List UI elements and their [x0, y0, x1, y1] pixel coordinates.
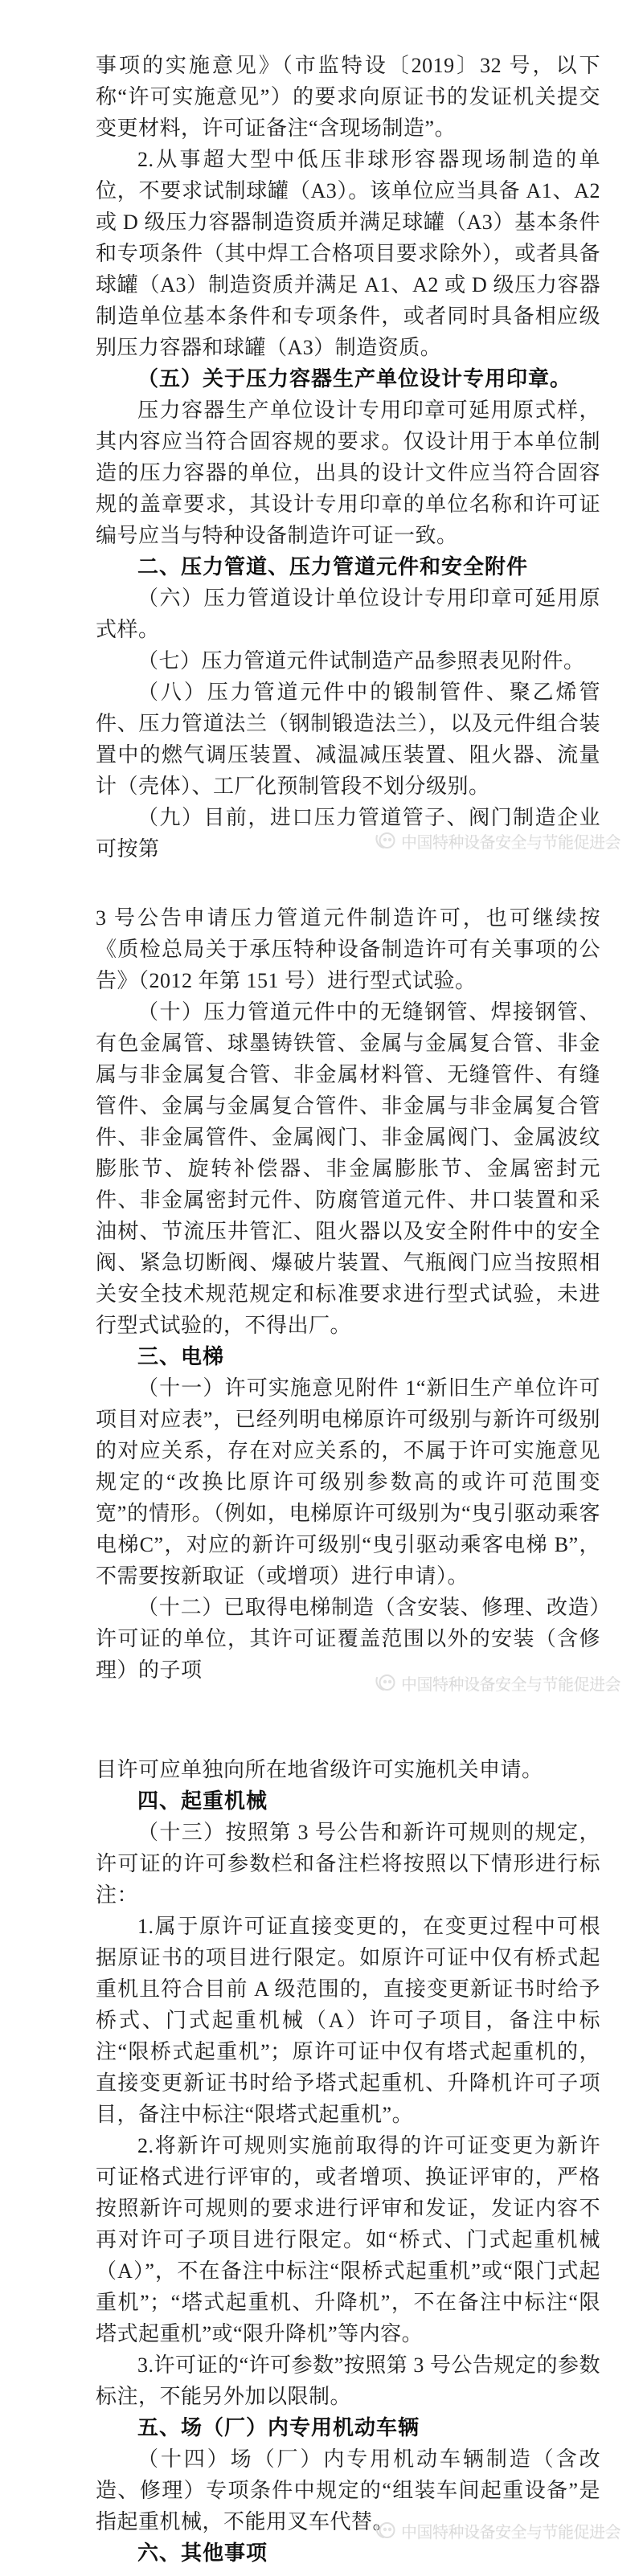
paragraph: （七）压力管道元件试制造产品参照表见附件。 — [96, 645, 600, 677]
paragraph: （八）压力管道元件中的锻制管件、聚乙烯管件、压力管道法兰（钢制锻造法兰），以及元… — [96, 677, 600, 802]
continuation-paragraph: 目许可应单独向所在地省级许可实施机关申请。 — [96, 1754, 600, 1785]
paragraph: 3.许可证的“许可参数”按照第 3 号公告规定的参数标注，不能另外加以限制。 — [96, 2349, 600, 2412]
watermark-label: 中国特种设备安全与节能促进会 — [401, 1671, 620, 1695]
continuation-paragraph: 事项的实施意见》（市监特设〔2019〕32 号，以下称“许可实施意见”）的要求向… — [96, 50, 600, 144]
watermark-label: 中国特种设备安全与节能促进会 — [401, 829, 620, 853]
page-2-text-column: 3 号公告申请压力管道元件制造许可，也可继续按《质检总局关于承压特种设备制造许可… — [96, 859, 600, 1686]
paragraph: （六）压力管道设计单位设计专用印章可延用原式样。 — [96, 583, 600, 645]
paragraph: 压力容器生产单位设计专用印章可延用原式样，其内容应当符合固容规的要求。仅设计用于… — [96, 395, 600, 551]
section-heading: （五）关于压力容器生产单位设计专用印章。 — [96, 363, 600, 395]
section-heading: 三、电梯 — [96, 1341, 600, 1372]
association-logo-icon — [375, 1672, 396, 1694]
paragraph: （十三）按照第 3 号公告和新许可规则的规定，许可证的许可参数栏和备注栏将按照以… — [96, 1817, 600, 1911]
paragraph: （十一）许可实施意见附件 1“新旧生产单位许可项目对应表”，已经列明电梯原许可级… — [96, 1372, 600, 1592]
page-3-text-column: 目许可应单独向所在地省级许可实施机关申请。 四、起重机械 （十三）按照第 3 号… — [96, 1717, 600, 2569]
paragraph: 2.将新许可规则实施前取得的许可证变更为新许可证格式进行评审的，或者增项、换证评… — [96, 2130, 600, 2349]
document-page-2: 3 号公告申请压力管道元件制造许可，也可继续按《质检总局关于承压特种设备制造许可… — [0, 859, 643, 1717]
continuation-paragraph: 3 号公告申请压力管道元件制造许可，也可继续按《质检总局关于承压特种设备制造许可… — [96, 902, 600, 996]
paragraph: 2.从事超大型中低压非球形容器现场制造的单位，不要求试制球罐（A3）。该单位应当… — [96, 144, 600, 363]
document-page-3: 目许可应单独向所在地省级许可实施机关申请。 四、起重机械 （十三）按照第 3 号… — [0, 1717, 643, 2576]
association-logo-icon — [375, 830, 396, 852]
watermark-label: 中国特种设备安全与节能促进会 — [401, 2519, 620, 2542]
document-page-1: 事项的实施意见》（市监特设〔2019〕32 号，以下称“许可实施意见”）的要求向… — [0, 0, 643, 859]
watermark: 中国特种设备安全与节能促进会 — [375, 2519, 620, 2542]
watermark: 中国特种设备安全与节能促进会 — [375, 829, 620, 853]
paragraph: 1.属于原许可证直接变更的，在变更过程中可根据原证书的项目进行限定。如原许可证中… — [96, 1911, 600, 2130]
paragraph: （十）压力管道元件中的无缝钢管、焊接钢管、有色金属管、球墨铸铁管、金属与金属复合… — [96, 996, 600, 1341]
watermark: 中国特种设备安全与节能促进会 — [375, 1671, 620, 1695]
section-heading: 四、起重机械 — [96, 1785, 600, 1817]
section-heading: 五、场（厂）内专用机动车辆 — [96, 2412, 600, 2443]
section-heading: 二、压力管道、压力管道元件和安全附件 — [96, 551, 600, 583]
association-logo-icon — [375, 2520, 396, 2541]
page-1-text-column: 事项的实施意见》（市监特设〔2019〕32 号，以下称“许可实施意见”）的要求向… — [96, 0, 600, 859]
